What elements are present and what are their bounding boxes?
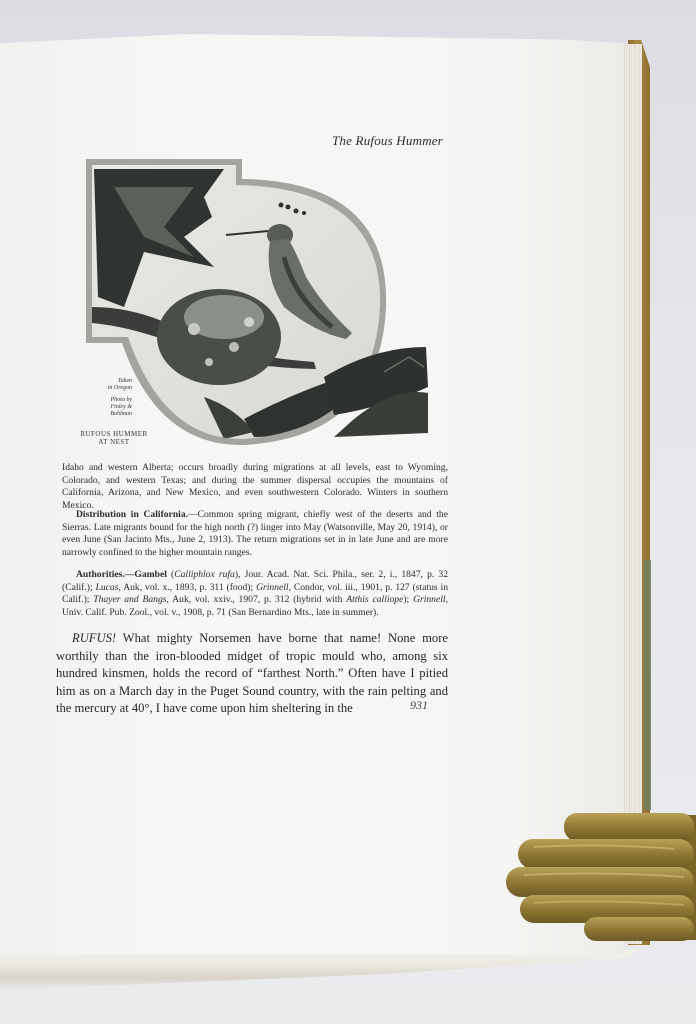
credit-photo-line-1: Photo by bbox=[98, 397, 132, 404]
essay-paragraph: RUFUS! What mighty Norsemen have borne t… bbox=[56, 630, 448, 718]
credit-location-line-1: Taken bbox=[98, 378, 132, 385]
photo-frame-illustration bbox=[84, 157, 430, 449]
range-paragraph: Idaho and western Alberta; occurs broadl… bbox=[62, 462, 448, 512]
figure-caption: RUFOUS HUMMER AT NEST bbox=[74, 430, 154, 446]
authority-citation: ); bbox=[403, 594, 413, 605]
caption-line-2: AT NEST bbox=[74, 438, 154, 446]
book-cover-green-stripe bbox=[644, 560, 651, 810]
authority-citation: , Auk, vol. xxiv., 1907, p. 312 (hybrid … bbox=[167, 594, 347, 605]
hummingbird-photo bbox=[84, 157, 430, 449]
authority-citation: , Auk, vol. x., 1893, p. 311 (food); bbox=[118, 582, 256, 593]
photo-credit: Taken in Oregon Photo by Finley & Bohlma… bbox=[98, 378, 132, 418]
authorities-paragraph: Authorities.—Gambel (Calliphlox rufa), J… bbox=[62, 569, 448, 619]
authority-name: Thayer and Bangs bbox=[93, 594, 166, 605]
authority-name: Lucas bbox=[96, 582, 119, 593]
credit-photo-line-3: Bohlman bbox=[98, 411, 132, 418]
caption-line-1: RUFOUS HUMMER bbox=[74, 430, 154, 438]
distribution-paragraph: Distribution in California.—Common sprin… bbox=[62, 509, 448, 559]
authorities-heading: Authorities.—Gambel bbox=[76, 569, 167, 580]
brass-hand-illustration bbox=[504, 805, 696, 945]
credit-location-line-2: in Oregon bbox=[98, 385, 132, 392]
distribution-heading: Distribution in California. bbox=[76, 509, 188, 520]
page-number: 931 bbox=[410, 698, 428, 713]
running-head: The Rufous Hummer bbox=[332, 133, 443, 149]
brass-hand-bookend bbox=[504, 805, 696, 945]
authority-name: Grinnell bbox=[256, 582, 289, 593]
authority-name: Grinnell bbox=[413, 594, 446, 605]
credit-photo-line-2: Finley & bbox=[98, 404, 132, 411]
authority-name: Atthis calliope bbox=[346, 594, 403, 605]
authority-name: Calliphlox rufa bbox=[174, 569, 235, 580]
essay-lead: RUFUS! bbox=[72, 631, 116, 645]
